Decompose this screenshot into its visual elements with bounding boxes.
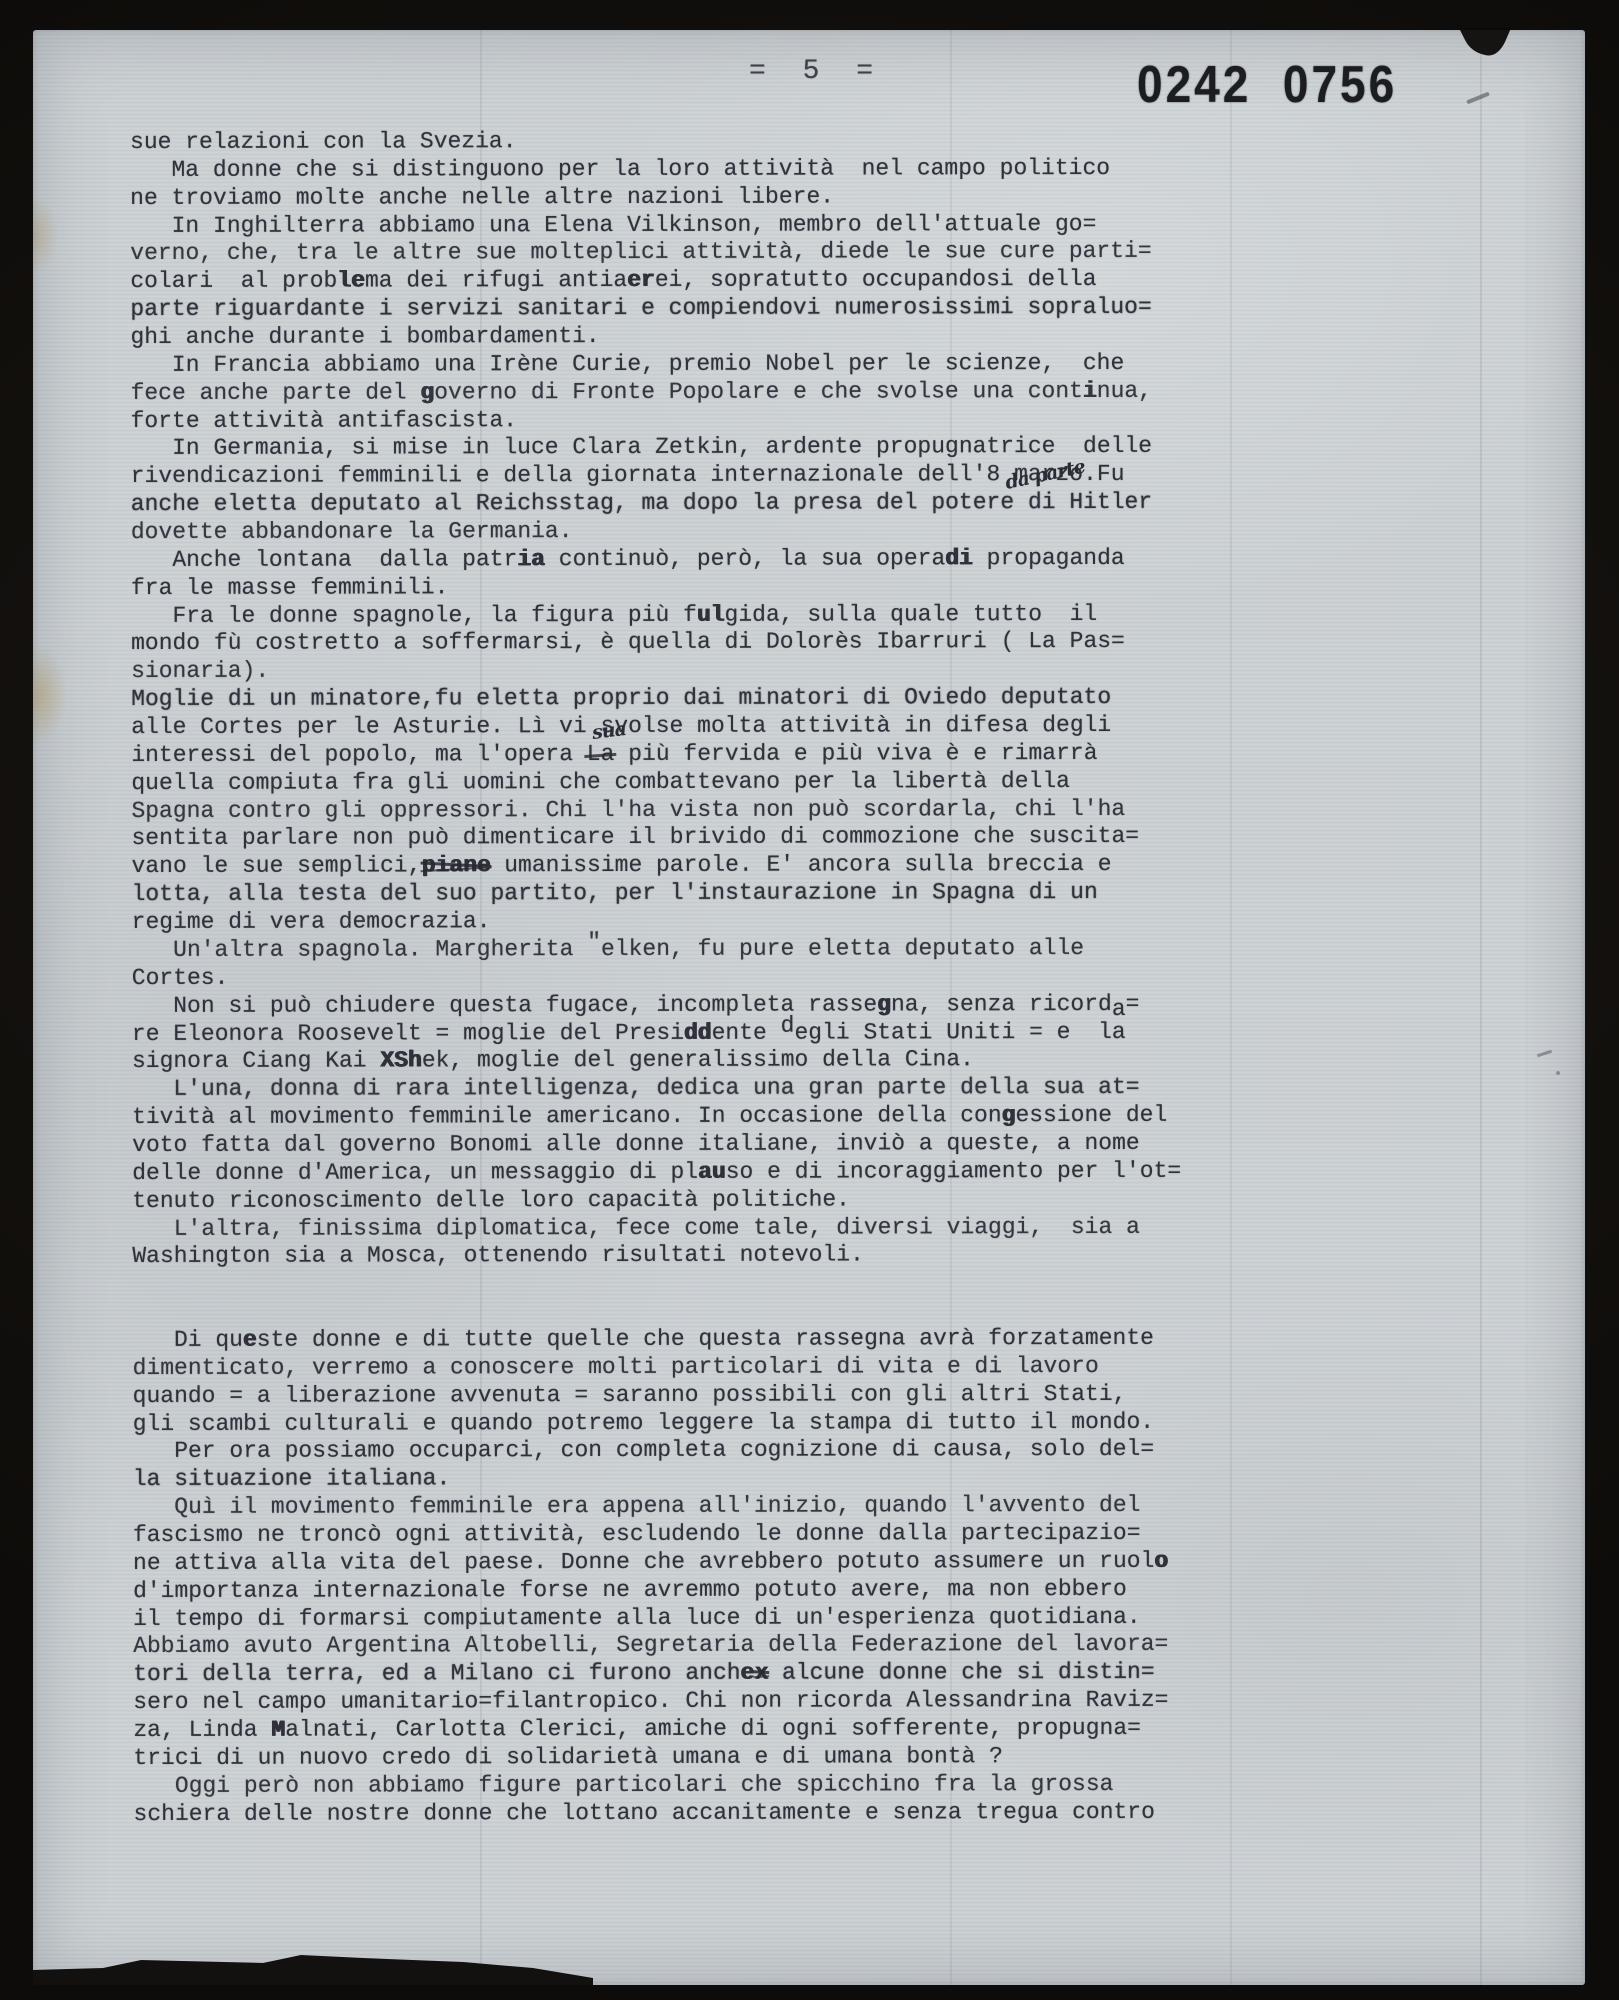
typed-line: verno, che, tra le altre sue molteplici … — [130, 237, 1570, 268]
typed-line: delle donne d'America, un messaggio di p… — [132, 1157, 1572, 1188]
margin-pen-dot — [1556, 1071, 1560, 1075]
typed-correction: g — [420, 379, 434, 405]
typed-line: Abbiamo avuto Argentina Altobelli, Segre… — [133, 1630, 1573, 1661]
typed-line: trici di un nuovo credo di solidarietà u… — [133, 1742, 1573, 1773]
typed-line: tività al movimento femminile americano.… — [132, 1101, 1572, 1132]
paper: = 5 = 0242 0756 sue relazioni con la Sve… — [33, 30, 1585, 1985]
typed-line: signora Ciang Kai XShek, moglie del gene… — [132, 1045, 1572, 1076]
typed-line: dovette abbandonare la Germania. — [131, 516, 1571, 547]
typed-line: la situazione italiana. — [133, 1463, 1573, 1494]
typed-line: quella compiuta fra gli uomini che comba… — [131, 767, 1571, 798]
typed-line: parte riguardante i servizi sanitari e c… — [130, 293, 1570, 324]
typed-line: sentita parlare non può dimenticare il b… — [131, 822, 1571, 853]
typed-line: anche eletta deputato al Reichsstag, ma … — [131, 488, 1571, 519]
typed-line: fra le masse femminili. — [131, 572, 1571, 603]
typed-line: sue relazioni con la Svezia. — [130, 126, 1570, 157]
typed-correction: o — [1154, 1548, 1168, 1574]
typed-line: Di queste donne e di tutte quelle che qu… — [133, 1324, 1573, 1355]
typed-correction: g — [877, 991, 891, 1017]
paper-tear-bottom-icon — [33, 1952, 593, 1986]
typed-correction: ia — [517, 546, 545, 572]
typed-line: quando = a liberazione avvenuta = sarann… — [133, 1380, 1573, 1411]
archive-stamp: 0242 0756 — [1137, 54, 1397, 114]
typed-correction: i — [1083, 378, 1097, 404]
typed-line: za, Linda Malnati, Carlotta Clerici, ami… — [133, 1714, 1573, 1745]
typed-line: sionaria). — [131, 655, 1571, 686]
typed-line: Moglie di un minatore,fu eletta proprio … — [131, 683, 1571, 714]
typed-line: sero nel campo umanitario=filantropico. … — [133, 1686, 1573, 1717]
typed-correction: le — [337, 268, 365, 294]
typed-line: Washington sia a Mosca, ottenendo risult… — [132, 1240, 1572, 1271]
typed-line: Anche lontana dalla patria continuò, per… — [131, 544, 1571, 575]
typed-line: d'importanza internazionale forse ne avr… — [133, 1575, 1573, 1606]
typed-correction: " — [587, 929, 601, 957]
typed-correction: g — [1002, 1102, 1016, 1128]
typed-correction: dd — [684, 1019, 712, 1045]
typed-correction: er — [627, 267, 655, 293]
typed-line — [132, 1296, 1572, 1327]
typed-line: schiera delle nostre donne che lottano a… — [134, 1798, 1574, 1829]
typed-line: forte attività antifascista. — [131, 405, 1571, 436]
typed-correction: La — [587, 741, 615, 767]
typed-line: In Germania, si mise in luce Clara Zetki… — [131, 432, 1571, 463]
typed-line: Per ora possiamo occuparci, con completa… — [133, 1435, 1573, 1466]
typed-line: Un'altra spagnola. Margherita "elken, fu… — [132, 934, 1572, 965]
typed-line: ghi anche durante i bombardamenti. — [130, 321, 1570, 352]
typed-correction: ul — [697, 601, 725, 627]
typed-line: rivendicazioni femminili e della giornat… — [131, 460, 1571, 491]
typed-line: tori della terra, ed a Milano ci furono … — [133, 1658, 1573, 1689]
typed-line: Quì il movimento femminile era appena al… — [133, 1491, 1573, 1522]
typed-line: regime di vera democrazia. — [132, 906, 1572, 937]
typed-line: Cortes. — [132, 962, 1572, 993]
typed-correction: x — [754, 1660, 768, 1686]
typed-line: In Francia abbiamo una Irène Curie, prem… — [130, 349, 1570, 380]
typed-line: In Inghilterra abbiamo una Elena Vilkins… — [130, 210, 1570, 241]
typed-correction: a — [1112, 996, 1126, 1024]
typed-line: lotta, alla testa del suo partito, per l… — [132, 878, 1572, 909]
typed-correction: XSh — [380, 1048, 421, 1074]
paper-tear-top-icon — [1451, 28, 1521, 62]
typed-line: Spagna contro gli oppressori. Chi l'ha v… — [131, 795, 1571, 826]
typed-line: L'altra, finissima diplomatica, fece com… — [132, 1212, 1572, 1243]
typed-line: fascismo ne troncò ogni attività, esclud… — [133, 1519, 1573, 1550]
typed-line: colari al problema dei rifugi antiaerei,… — [130, 265, 1570, 296]
typed-line: vano le sue semplici,piane umanissime pa… — [132, 850, 1572, 881]
typed-line: Ma donne che si distinguono per la loro … — [130, 154, 1570, 185]
typed-line: alle Cortes per le Asturie. Lì vi svolse… — [131, 711, 1571, 742]
pen-dash-mark — [1466, 92, 1490, 105]
typed-line: gli scambi culturali e quando potremo le… — [133, 1408, 1573, 1439]
typed-correction: M — [271, 1717, 285, 1743]
typed-line: Oggi però non abbiamo figure particolari… — [133, 1770, 1573, 1801]
typed-correction: di — [945, 545, 973, 571]
typed-line: dimenticato, verremo a conoscere molti p… — [133, 1352, 1573, 1383]
typed-line: mondo fù costretto a soffermarsi, è quel… — [131, 627, 1571, 658]
typed-line — [132, 1268, 1572, 1299]
typed-line: L'una, donna di rara intelligenza, dedic… — [132, 1073, 1572, 1104]
typed-line: tenuto riconoscimento delle loro capacit… — [132, 1185, 1572, 1216]
typed-line: Fra le donne spagnole, la figura più ful… — [131, 600, 1571, 631]
typed-line: il tempo di formarsi compiutamente alla … — [133, 1603, 1573, 1634]
page-number: = 5 = — [749, 56, 883, 87]
typed-correction: d — [781, 1012, 795, 1040]
typed-line: interessi del popolo, ma l'opera Lasua p… — [131, 739, 1571, 770]
typed-line: ne troviamo molte anche nelle altre nazi… — [130, 182, 1570, 213]
typed-line: Non si può chiudere questa fugace, incom… — [132, 990, 1572, 1021]
typed-correction: au — [698, 1159, 726, 1185]
typed-lines: sue relazioni con la Svezia. Ma donne ch… — [130, 126, 1574, 1828]
typed-line: re Eleonora Roosevelt = moglie del Presi… — [132, 1017, 1572, 1048]
scanned-page-background: = 5 = 0242 0756 sue relazioni con la Sve… — [0, 0, 1619, 2000]
typed-line: fece anche parte del governo di Fronte P… — [131, 377, 1571, 408]
typed-correction: piane — [421, 853, 490, 879]
typed-correction: e — [243, 1327, 257, 1353]
typed-line: ne attiva alla vita del paese. Donne che… — [133, 1547, 1573, 1578]
typed-line: voto fatta dal governo Bonomi alle donne… — [132, 1129, 1572, 1160]
